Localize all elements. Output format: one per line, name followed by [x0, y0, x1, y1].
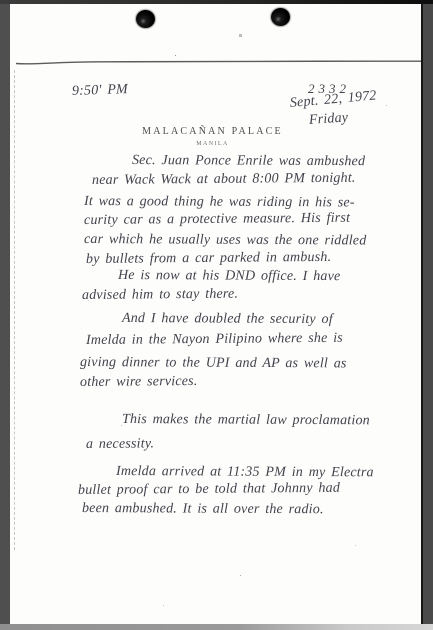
letterhead-title: MALACAÑAN PALACE — [90, 126, 335, 137]
handwritten-line: bullet proof car to be told that Johnny … — [78, 481, 340, 499]
handwritten-line: Sec. Juan Ponce Enrile was ambushed — [132, 153, 365, 170]
scan-border-left — [0, 0, 10, 630]
scan-border-bottom — [0, 624, 433, 630]
letterhead: MALACAÑAN PALACE MANILA — [90, 126, 335, 147]
letterhead-subtitle: MANILA — [90, 141, 335, 147]
handwritten-line: It was a good thing he was riding in his… — [84, 194, 355, 211]
page-top-edge-line — [16, 59, 422, 62]
handwritten-line: been ambushed. It is all over the radio. — [82, 501, 324, 518]
handwritten-line: advised him to stay there. — [82, 287, 238, 304]
handwritten-line: by bullets from a car parked in ambush. — [86, 250, 331, 268]
handwritten-line: near Wack Wack at about 8:00 PM tonight. — [92, 171, 356, 189]
date-annotation: Sept. 22, 1972 — [289, 88, 377, 112]
handwritten-line: car which he usually uses was the one ri… — [84, 232, 367, 249]
paper-edge-shadow — [14, 70, 15, 550]
handwritten-line: This makes the martial law proclamation — [122, 412, 370, 429]
scanned-diary-page: 9:50' PM 2332 Sept. 22, 1972 Friday MALA… — [0, 0, 433, 630]
time-annotation: 9:50' PM — [72, 82, 129, 100]
handwritten-line: He is now at his DND office. I have — [118, 268, 341, 285]
punch-hole — [271, 8, 290, 26]
handwritten-line: giving dinner to the UPI and AP as well … — [80, 355, 347, 372]
scan-border-right — [421, 0, 433, 630]
handwritten-line: curity car as a protective measure. His … — [84, 211, 350, 229]
scan-border-top — [0, 0, 433, 4]
handwritten-line: other wire services. — [80, 374, 198, 391]
handwritten-line: And I have doubled the security of — [122, 311, 333, 328]
handwritten-line: Imelda arrived at 11:35 PM in my Electra — [116, 464, 374, 481]
handwritten-line: Imelda in the Nayon Pilipino where she i… — [86, 331, 343, 349]
handwritten-line: a necessity. — [86, 436, 154, 453]
punch-hole — [136, 10, 155, 28]
